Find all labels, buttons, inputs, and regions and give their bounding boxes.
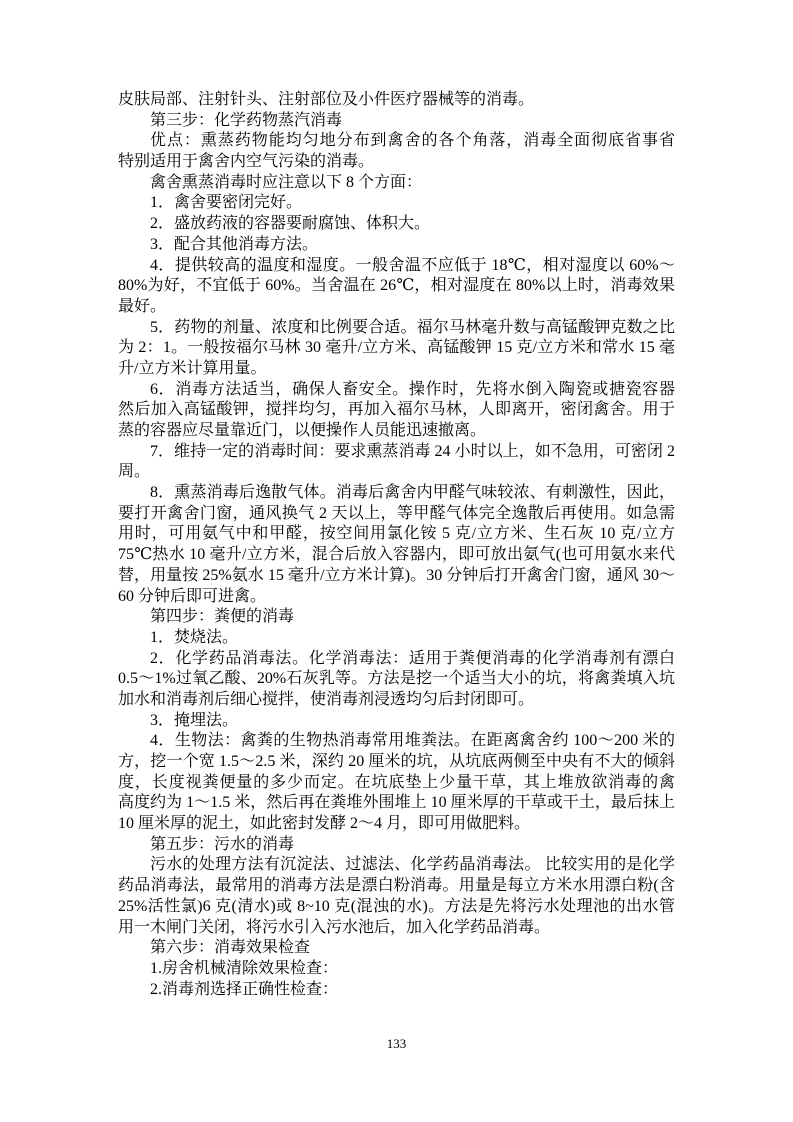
text-line: 10 厘米厚的泥土，如此密封发酵 2～4 月，即可用做肥料。 <box>118 814 675 835</box>
text-line: 第六步：消毒效果检查 <box>118 938 675 959</box>
text-line: 药品消毒法，最常用的消毒方法是漂白粉消毒。用量是每立方米水用漂白粉(含 <box>118 876 675 897</box>
text-line: 3．配合其他消毒方法。 <box>118 235 675 256</box>
text-line: 80%为好，不宜低于 60%。当舍温在 26℃，相对湿度在 80%以上时，消毒效… <box>118 276 675 297</box>
text-line: 第三步：化学药物蒸汽消毒 <box>118 111 675 132</box>
text-line: 7．维持一定的消毒时间：要求熏蒸消毒 24 小时以上，如不急用，可密闭 2 <box>118 442 675 463</box>
text-line: 皮肤局部、注射针头、注射部位及小件医疗器械等的消毒。 <box>118 90 675 111</box>
text-line: 1．禽舍要密闭完好。 <box>118 193 675 214</box>
text-line: 4．提供较高的温度和湿度。一般舍温不应低于 18℃，相对湿度以 60%～ <box>118 256 675 277</box>
text-line: 优点：熏蒸药物能均匀地分布到禽舍的各个角落，消毒全面彻底省事省力， <box>118 131 675 152</box>
text-line: 周。 <box>118 462 675 483</box>
text-line: 8．熏蒸消毒后逸散气体。消毒后禽舍内甲醛气味较浓、有刺激性，因此， <box>118 483 675 504</box>
text-line: 用时，可用氨气中和甲醛，按空间用氯化铵 5 克/立方米、生石灰 10 克/立方米… <box>118 524 675 545</box>
text-line: 0.5～1%过氧乙酸、20%石灰乳等。方法是挖一个适当大小的坑，将禽粪填入坑内， <box>118 669 675 690</box>
text-line: 2．盛放药液的容器要耐腐蚀、体积大。 <box>118 214 675 235</box>
text-line: 特别适用于禽舍内空气污染的消毒。 <box>118 152 675 173</box>
text-line: 5．药物的剂量、浓度和比例要合适。福尔马林毫升数与高锰酸钾克数之比 <box>118 318 675 339</box>
text-line: 污水的处理方法有沉淀法、过滤法、化学药晶消毒法。 比较实用的是化学 <box>118 855 675 876</box>
text-line: 用一木闸门关闭，将污水引入污水池后，加入化学药品消毒。 <box>118 918 675 939</box>
text-line: 升/立方米计算用量。 <box>118 359 675 380</box>
text-line: 替，用量按 25%氨水 15 毫升/立方米计算)。30 分钟后打开禽舍门窗，通风… <box>118 566 675 587</box>
text-line: 2．化学药品消毒法。化学消毒法：适用于粪便消毒的化学消毒剂有漂白粉、 <box>118 649 675 670</box>
text-line: 蒸的容器应尽量靠近门，以便操作人员能迅速撤离。 <box>118 421 675 442</box>
document-page: 皮肤局部、注射针头、注射部位及小件医疗器械等的消毒。第三步：化学药物蒸汽消毒优点… <box>0 0 793 1122</box>
text-line: 4．生物法：禽粪的生物热消毒常用堆粪法。在距离禽舍约 100～200 米的地 <box>118 731 675 752</box>
text-line: 最好。 <box>118 297 675 318</box>
text-line: 75℃热水 10 毫升/立方米，混合后放入容器内，即可放出氨气(也可用氨水来代 <box>118 545 675 566</box>
text-line: 要打开禽舍门窗，通风换气 2 天以上，等甲醛气体完全逸散后再使用。如急需使 <box>118 504 675 525</box>
text-line: 然后加入高锰酸钾，搅拌均匀，再加入福尔马林，人即离开，密闭禽舍。用于熏 <box>118 400 675 421</box>
text-line: 6．消毒方法适当，确保人畜安全。操作时，先将水倒入陶瓷或搪瓷容器内， <box>118 380 675 401</box>
text-line: 3．掩埋法。 <box>118 711 675 732</box>
page-number: 133 <box>0 1036 793 1052</box>
text-line: 加水和消毒剂后细心搅拌，使消毒剂浸透均匀后封闭即可。 <box>118 690 675 711</box>
text-line: 第四步：粪便的消毒 <box>118 607 675 628</box>
text-line: 1.房舍机械清除效果检查： <box>118 959 675 980</box>
text-line: 禽舍熏蒸消毒时应注意以下 8 个方面： <box>118 173 675 194</box>
text-line: 方，挖一个宽 1.5～2.5 米，深约 20 厘米的坑，从坑底两侧至中央有不大的… <box>118 752 675 773</box>
text-line: 为 2：1。一般按福尔马林 30 毫升/立方米、高锰酸钾 15 克/立方米和常水… <box>118 338 675 359</box>
text-line: 25%活性氯)6 克(清水)或 8~10 克(混浊的水)。方法是先将污水处理池的… <box>118 897 675 918</box>
text-line: 高度约为 1～1.5 米，然后再在粪堆外围堆上 10 厘米厚的干草或干土，最后抹… <box>118 793 675 814</box>
text-line: 2.消毒剂选择正确性检查： <box>118 980 675 1001</box>
text-line: 1．焚烧法。 <box>118 628 675 649</box>
text-line: 60 分钟后即可进禽。 <box>118 587 675 608</box>
text-line: 度，长度视粪便量的多少而定。在坑底垫上少量干草，其上堆放欲消毒的禽粪， <box>118 773 675 794</box>
text-line: 第五步：污水的消毒 <box>118 835 675 856</box>
document-body: 皮肤局部、注射针头、注射部位及小件医疗器械等的消毒。第三步：化学药物蒸汽消毒优点… <box>118 90 675 1000</box>
